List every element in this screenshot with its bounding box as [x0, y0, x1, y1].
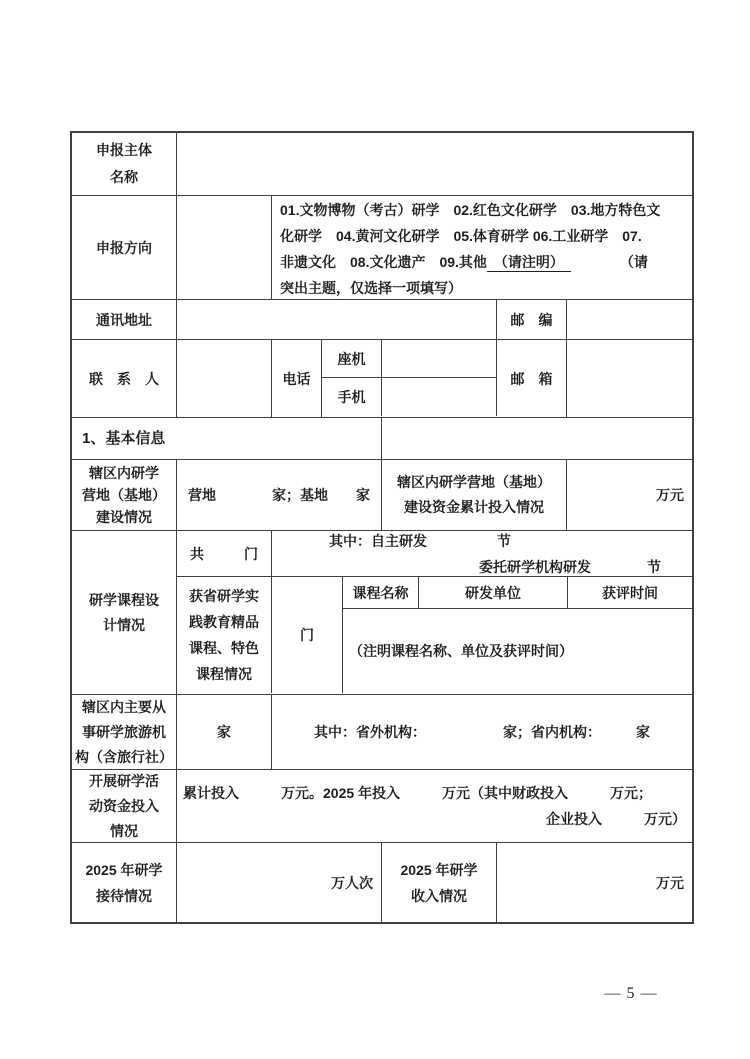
- application-form-table: 申报主体 名称 申报方向 01.文物博物（考古）研学 02.红色文化研学 03.…: [70, 131, 694, 924]
- applicant-name-value-blank: [177, 133, 692, 195]
- row-agencies: 辖区内主要从 事研学旅游机 构（含旅行社） 家 其中：省外机构： 家；省内机构：…: [72, 695, 692, 770]
- camps-invest-unit: 万元: [567, 460, 692, 530]
- course-total-row: 共 门 其中：自主研发 节 委托研学机构研发 节: [177, 531, 692, 577]
- mobile-row: 手机: [322, 378, 497, 416]
- funding-label: 开展研学活 动资金投入 情况: [72, 770, 177, 842]
- direction-code-blank: [177, 196, 272, 299]
- award-time-header: 获评时间: [568, 577, 692, 609]
- camps-count: 营地 家；基地 家: [177, 460, 382, 530]
- other-fill-in-underline: （请注明）: [487, 254, 571, 270]
- course-award-note: （注明课程名称、单位及获评时间）: [343, 609, 692, 692]
- row-contact: 联 系 人 电话 座机 手机 邮 箱: [72, 340, 692, 418]
- mobile-label: 手机: [322, 378, 382, 416]
- income-label: 2025 年研学 收入情况: [382, 843, 497, 922]
- postcode-label: 邮 编: [497, 300, 567, 339]
- contact-label: 联 系 人: [72, 340, 177, 417]
- course-total-right: 门: [244, 541, 258, 567]
- funding-line2: 企业投入 万元）: [546, 806, 692, 832]
- agencies-label: 辖区内主要从 事研学旅游机 构（含旅行社）: [72, 695, 177, 769]
- applicant-name-label: 申报主体 名称: [72, 133, 177, 195]
- row-course-design: 研学课程设 计情况 共 门 其中：自主研发 节 委托研学机构研发 节 获省研学实…: [72, 531, 692, 695]
- row-section-basic-info: 1、基本信息: [72, 418, 692, 460]
- income-unit: 万元: [497, 843, 692, 922]
- agencies-count: 家: [177, 695, 272, 769]
- funding-detail: 累计投入 万元。2025 年投入 万元（其中财政投入 万元； 企业投入 万元）: [177, 770, 692, 842]
- course-breakdown-cell: 其中：自主研发 节 委托研学机构研发 节: [272, 531, 692, 577]
- course-design-label: 研学课程设 计情况: [72, 531, 177, 694]
- course-award-label: 获省研学实 践教育精品 课程、特色 课程情况: [177, 577, 272, 693]
- row-reception-income: 2025 年研学 接待情况 万人次 2025 年研学 收入情况 万元: [72, 843, 692, 922]
- course-commissioned: 委托研学机构研发 节: [479, 554, 661, 577]
- landline-value-blank: [382, 340, 497, 378]
- email-value-blank: [567, 340, 692, 417]
- mobile-value-blank: [382, 378, 497, 416]
- email-label: 邮 箱: [497, 340, 567, 417]
- direction-options: 01.文物博物（考古）研学 02.红色文化研学 03.地方特色文 化研学 04.…: [272, 196, 692, 299]
- phone-sub-grid: 座机 手机: [322, 340, 497, 417]
- course-self-developed: 其中：自主研发 节: [329, 531, 511, 554]
- course-total-left: 共: [190, 541, 204, 567]
- landline-label: 座机: [322, 340, 382, 378]
- section-title: 1、基本信息: [72, 418, 382, 459]
- row-funding: 开展研学活 动资金投入 情况 累计投入 万元。2025 年投入 万元（其中财政投…: [72, 770, 692, 843]
- agencies-detail: 其中：省外机构： 家；省内机构： 家: [272, 695, 692, 769]
- direction-options-line1: 01.文物博物（考古）研学 02.红色文化研学 03.地方特色文: [280, 197, 660, 223]
- direction-options-line4: 突出主题，仅选择一项填写）: [280, 275, 462, 300]
- page-number: — 5 —: [596, 985, 666, 1003]
- funding-line1: 累计投入 万元。2025 年投入 万元（其中财政投入 万元；: [177, 780, 652, 806]
- row-address: 通讯地址 邮 编: [72, 300, 692, 340]
- direction-options-line2: 化研学 04.黄河文化研学 05.体育研学 06.工业研学 07.: [280, 223, 642, 249]
- landline-row: 座机: [322, 340, 497, 378]
- row-camps-bases: 辖区内研学 营地（基地） 建设情况 营地 家；基地 家 辖区内研学营地（基地） …: [72, 460, 692, 531]
- reception-unit: 万人次: [177, 843, 382, 922]
- course-award-table: 课程名称 研发单位 获评时间 （注明课程名称、单位及获评时间）: [343, 577, 692, 693]
- course-award-count-unit: 门: [272, 577, 343, 693]
- camps-label: 辖区内研学 营地（基地） 建设情况: [72, 460, 177, 530]
- direction-label: 申报方向: [72, 196, 177, 299]
- phone-label: 电话: [272, 340, 322, 417]
- course-award-header: 课程名称 研发单位 获评时间: [343, 577, 692, 609]
- direction-options-line3: 非遗文化 08.文化遗产 09.其他 （请注明） （请: [280, 249, 648, 275]
- section-title-right-blank: [382, 418, 692, 459]
- develop-unit-header: 研发单位: [419, 577, 568, 609]
- address-label: 通讯地址: [72, 300, 177, 339]
- course-award-row: 获省研学实 践教育精品 课程、特色 课程情况 门 课程名称 研发单位 获评时间 …: [177, 577, 692, 693]
- contact-name-blank: [177, 340, 272, 417]
- course-design-grid: 共 门 其中：自主研发 节 委托研学机构研发 节 获省研学实 践教育精品 课程、…: [177, 531, 692, 694]
- row-direction: 申报方向 01.文物博物（考古）研学 02.红色文化研学 03.地方特色文 化研…: [72, 196, 692, 300]
- reception-label: 2025 年研学 接待情况: [72, 843, 177, 922]
- postcode-value-blank: [567, 300, 692, 339]
- row-applicant-name: 申报主体 名称: [72, 133, 692, 196]
- scanned-form-page: { "colors": { "border": "#3f3f3f", "text…: [0, 0, 750, 1059]
- course-total-cell: 共 门: [177, 531, 272, 577]
- camps-invest-label: 辖区内研学营地（基地） 建设资金累计投入情况: [382, 460, 567, 530]
- address-value-blank: [177, 300, 497, 339]
- course-name-header: 课程名称: [343, 577, 419, 609]
